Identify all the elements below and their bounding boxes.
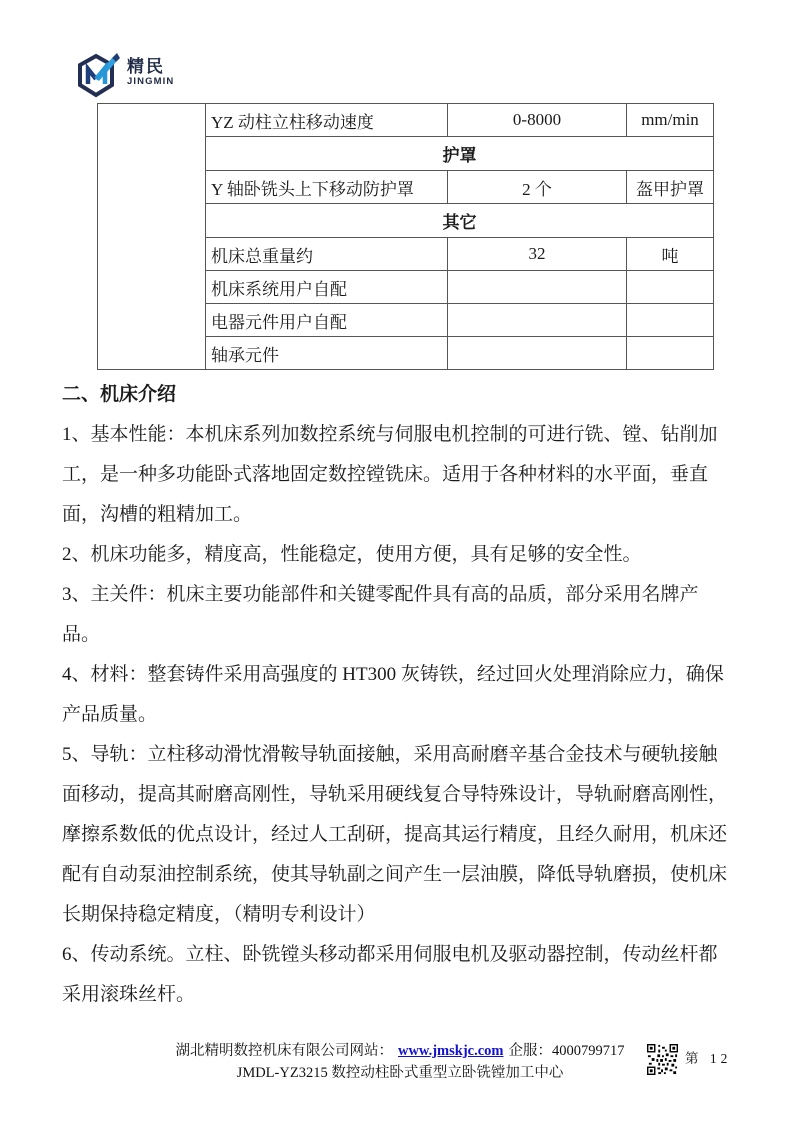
- footer-model-line: JMDL-YZ3215 数控动柱卧式重型立卧铣镗加工中心: [0, 1062, 800, 1084]
- spec-value: 2 个: [448, 171, 627, 204]
- table-row: YZ 动柱立柱移动速度 0-8000 mm/min: [98, 104, 714, 137]
- intro-line: 面，沟槽的粗精加工。: [62, 495, 740, 535]
- spec-value: [448, 304, 627, 337]
- intro-line: 长期保持稳定精度，（精明专利设计）: [62, 895, 740, 935]
- intro-line: 品。: [62, 615, 740, 655]
- intro-line: 产品质量。: [62, 695, 740, 735]
- footer-contact-line: 湖北精明数控机床有限公司网站：www.jmskjc.com企服：40007997…: [0, 1040, 800, 1062]
- intro-line: 面移动，提高其耐磨高刚性，导轨采用硬线复合导特殊设计，导轨耐磨高刚性，: [62, 775, 740, 815]
- spec-name: 机床总重量约: [206, 238, 448, 271]
- spec-value: [448, 271, 627, 304]
- jingmin-hexagon-logo-icon: [76, 52, 124, 100]
- jingmin-logo: 精民 JINGMIN: [76, 52, 174, 100]
- spec-unit: [627, 337, 714, 370]
- document-page: 精民 JINGMIN YZ 动柱立柱移动速度 0-8000 mm/min 护罩 …: [0, 0, 800, 1131]
- intro-line: 摩擦系数低的优点设计，经过人工刮研，提高其运行精度，且经久耐用，机床还: [62, 815, 740, 855]
- spec-name: YZ 动柱立柱移动速度: [206, 104, 448, 137]
- section-label: 其它: [206, 204, 714, 238]
- spec-unit: [627, 271, 714, 304]
- spec-value: [448, 337, 627, 370]
- intro-line: 采用滚珠丝杆。: [62, 975, 740, 1015]
- intro-line: 2、机床功能多，精度高，性能稳定，使用方便，具有足够的安全性。: [62, 535, 740, 575]
- spec-value: 0-8000: [448, 104, 627, 137]
- spec-unit: [627, 304, 714, 337]
- logo-name-cn: 精民: [127, 58, 174, 76]
- spec-unit: mm/min: [627, 104, 714, 137]
- intro-line: 工，是一种多功能卧式落地固定数控镗铣床。适用于各种材料的水平面，垂直: [62, 455, 740, 495]
- logo-name-en: JINGMIN: [127, 76, 174, 88]
- intro-line: 4、材料：整套铸件采用高强度的 HT300 灰铸铁，经过回火处理消除应力，确保: [62, 655, 740, 695]
- spec-unit: 吨: [627, 238, 714, 271]
- section-heading: 二、机床介绍: [62, 375, 740, 415]
- intro-line: 6、传动系统。立柱、卧铣镗头移动都采用伺服电机及驱动器控制，传动丝杆都: [62, 935, 740, 975]
- spec-table: YZ 动柱立柱移动速度 0-8000 mm/min 护罩 Y 轴卧铣头上下移动防…: [97, 103, 714, 370]
- footer-service-text: 企服：4000799717: [509, 1043, 625, 1059]
- intro-line: 3、主关件：机床主要功能部件和关键零配件具有高的品质，部分采用名牌产: [62, 575, 740, 615]
- page-number: 第 12: [685, 1047, 731, 1067]
- intro-line: 1、基本性能：本机床系列加数控系统与伺服电机控制的可进行铣、镗、钻削加: [62, 415, 740, 455]
- spec-name: 机床系统用户自配: [206, 271, 448, 304]
- website-link[interactable]: www.jmskjc.com: [398, 1043, 504, 1059]
- qr-code-icon: [647, 1044, 678, 1075]
- machine-introduction-section: 二、机床介绍 1、基本性能：本机床系列加数控系统与伺服电机控制的可进行铣、镗、钻…: [62, 375, 740, 1015]
- spec-value: 32: [448, 238, 627, 271]
- category-cell-empty: [98, 104, 206, 370]
- spec-unit: 盔甲护罩: [627, 171, 714, 204]
- page-footer: 湖北精明数控机床有限公司网站：www.jmskjc.com企服：40007997…: [0, 1040, 800, 1084]
- spec-name: Y 轴卧铣头上下移动防护罩: [206, 171, 448, 204]
- spec-name: 电器元件用户自配: [206, 304, 448, 337]
- section-label: 护罩: [206, 137, 714, 171]
- spec-name: 轴承元件: [206, 337, 448, 370]
- intro-line: 5、导轨：立柱移动滑忱滑鞍导轨面接触，采用高耐磨辛基合金技术与硬轨接触: [62, 735, 740, 775]
- intro-line: 配有自动泵油控制系统，使其导轨副之间产生一层油膜，降低导轨磨损，使机床: [62, 855, 740, 895]
- footer-company-text: 湖北精明数控机床有限公司网站：: [175, 1043, 393, 1059]
